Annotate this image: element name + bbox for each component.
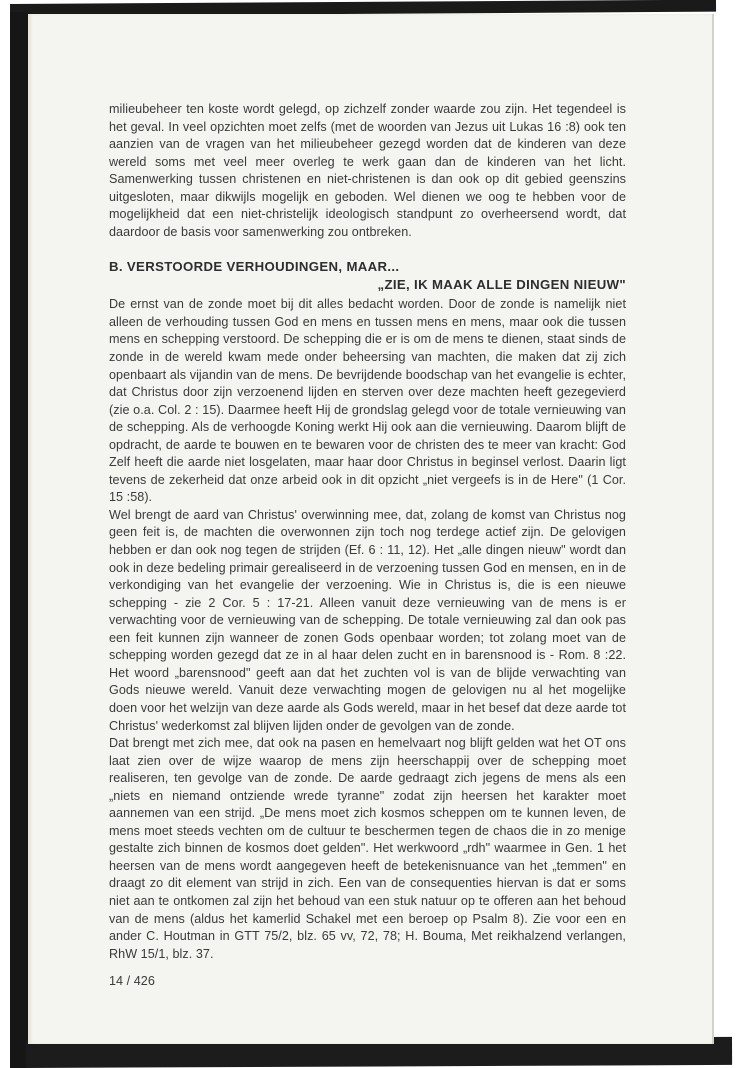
document-page: milieubeheer ten koste wordt gelegd, op … — [28, 14, 714, 1044]
intro-paragraph: milieubeheer ten koste wordt gelegd, op … — [109, 101, 626, 241]
page-content: milieubeheer ten koste wordt gelegd, op … — [109, 101, 626, 991]
page-number: 14 / 426 — [109, 973, 626, 991]
body-paragraph-2: Wel brengt de aard van Christus' overwin… — [109, 507, 626, 735]
section-heading-line2: „ZIE, IK MAAK ALLE DINGEN NIEUW" — [109, 276, 626, 294]
body-paragraph-3: Dat brengt met zich mee, dat ook na pase… — [109, 735, 626, 963]
scan-border-left — [10, 12, 28, 1068]
body-paragraph-1: De ernst van de zonde moet bij dit alles… — [109, 296, 626, 507]
section-heading-line1: B. VERSTOORDE VERHOUDINGEN, MAAR... — [109, 258, 626, 276]
